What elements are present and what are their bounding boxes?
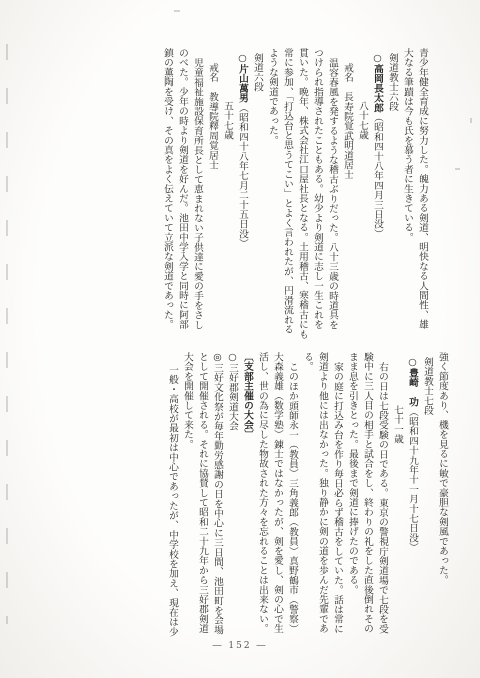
text-segment: 大なる筆蹟は今も氏を慕う者に生きている。	[402, 48, 413, 242]
text-segment: このほか頭師永一（教員）三角義郎（教員）真野鶴市（警察）	[287, 362, 298, 634]
text-segment: 児童福祉施設保育所長として恵まれない子供達に愛の手をさし	[192, 58, 203, 330]
text-column: 鎮の薫陶を受け、その真をよく伝えていて立派な剣道であった。	[160, 48, 175, 350]
person-name: 高岡長太郎	[372, 64, 383, 113]
scanned-page: 青少年健全育成に努力した。魄力ある剣道、明快なる人間性、雄大なる筆蹟は今も氏を慕…	[0, 0, 480, 678]
text-column: 右の日は七段受験の日である。東京の警視庁剣道場で七段を受	[375, 352, 390, 648]
text-segment: 青少年健全育成に努力した。魄力ある剣道、明快なる人間性、雄	[417, 48, 428, 329]
text-segment: 剣道教士七段	[422, 357, 433, 415]
scan-edge-artifact	[6, 44, 8, 624]
text-column: 大なる筆蹟は今も氏を慕う者に生きている。	[400, 48, 415, 350]
text-column: まま息を引きとった。最後まで剣道に捧げたのである。	[345, 352, 360, 648]
text-segment: つけられ指導されたこともある。幼少より剣道に志し一生これを	[312, 48, 323, 329]
text-segment: 右の日は七段受験の日である。東京の警視庁剣道場で七段を受	[377, 362, 388, 634]
person-name: 〔支部主催の大会〕	[242, 352, 253, 439]
text-column: として開催される。それに協賛して昭和二十九年から三好郡剣道	[195, 352, 210, 648]
text-segment: まま息を引きとった。最後まで剣道に捧げたのである。	[347, 352, 358, 595]
text-column: 戒名 教導院釋周覚居士	[205, 48, 220, 350]
text-segment: 鎮の薫陶を受け、その真をよく伝えていて立派な剣道であった。	[162, 48, 173, 329]
person-name: 豊崎 功	[407, 368, 418, 407]
text-column: 剣道六段	[250, 48, 265, 350]
person-name: 片山萬男	[237, 64, 248, 103]
text-column: ◎三好文化祭が毎年勤労感謝の日を中心に三日間、池田町を会場	[210, 352, 225, 648]
text-segment: 剣道より他には出なかった。独り静かに剣の道を歩んだ先輩であ	[317, 352, 328, 633]
text-column: ○三好郡剣道大会	[225, 352, 240, 648]
scan-speck	[470, 118, 472, 123]
text-column: 大会を開催して来た。	[180, 352, 195, 648]
text-column: 剣道教士七段	[420, 352, 435, 648]
text-segment: 強く節度あり、機を見るに敏で豪胆な剣風であった。	[437, 352, 448, 585]
text-column: 一般・高校が最初は中心であったが、中学校を加え、現在は少	[165, 352, 180, 648]
text-column: 大森義雄（数学塾）錬士ではなかったが、剣を愛し、剣の心で生	[270, 352, 285, 648]
text-column: 剣道教士六段	[385, 48, 400, 350]
text-column: ような剣道であった。	[265, 48, 280, 350]
text-segment: ○	[407, 357, 418, 368]
text-segment: ○三好郡剣道大会	[227, 352, 238, 431]
bottom-text-register: 強く節度あり、機を見るに敏で豪胆な剣風であった。剣道教士七段○豊崎 功（昭和四十…	[165, 352, 450, 648]
text-column: 八十七歳	[355, 48, 370, 350]
top-text-register: 青少年健全育成に努力した。魄力ある剣道、明快なる人間性、雄大なる筆蹟は今も氏を慕…	[160, 48, 430, 350]
text-segment: 戒名 教導院釋周覚居士	[207, 63, 218, 170]
text-segment: （昭和四十八年四月三日没）	[372, 112, 383, 238]
text-segment: 大会を開催して来た。	[182, 352, 193, 449]
text-segment: 七十一歳	[392, 405, 403, 444]
text-column: 温容春風を発するような稽古ぶりだった。八十三歳の時道具を	[325, 48, 340, 350]
text-segment: 八十七歳	[357, 101, 368, 140]
text-column: 貫いた。晩年、株式会社江口屋社長となる。土用稽古、寒稽古にも	[295, 48, 310, 350]
scan-speck	[455, 168, 460, 170]
text-segment: （昭和四十九年十一月十七日没）	[407, 407, 418, 553]
text-column: 活し、世の為に尽した物故された方々を忘れることは出来ない。	[255, 352, 270, 648]
text-column: 験中に三人目の相手と試合をし、終わりの礼をした直後倒れその	[360, 352, 375, 648]
text-column: ○高岡長太郎（昭和四十八年四月三日没）	[370, 48, 385, 350]
text-segment: 家の庭に打込み台を作り毎日必らず稽古をしていた。話は常に	[332, 362, 343, 634]
text-segment: ○	[237, 53, 248, 64]
text-segment: ○	[372, 53, 383, 64]
text-column: のべた。少年の時より剣道を好んだ。池田中学入学と同時に阿部	[175, 48, 190, 350]
text-segment: （昭和四十八年七月二十五日没）	[237, 103, 248, 249]
text-segment: 一般・高校が最初は中心であったが、中学校を加え、現在は少	[167, 365, 178, 637]
text-segment: 温容春風を発するような稽古ぶりだった。八十三歳の時道具を	[327, 58, 338, 330]
text-column: 強く節度あり、機を見るに敏で豪胆な剣風であった。	[435, 352, 450, 648]
text-segment: ような剣道であった。	[267, 48, 278, 145]
text-segment: として開催される。それに協賛して昭和二十九年から三好郡剣道	[197, 352, 208, 633]
text-segment: 大森義雄（数学塾）錬士ではなかったが、剣を愛し、剣の心で生	[272, 352, 283, 633]
text-column: 児童福祉施設保育所長として恵まれない子供達に愛の手をさし	[190, 48, 205, 350]
text-segment: 活し、世の為に尽した物故された方々を忘れることは出来ない。	[257, 352, 268, 633]
text-segment: 剣道教士六段	[387, 53, 398, 111]
text-segment: 五十七歳	[222, 101, 233, 140]
text-column: つけられ指導されたこともある。幼少より剣道に志し一生これを	[310, 48, 325, 350]
text-column: 剣道より他には出なかった。独り静かに剣の道を歩んだ先輩であ	[315, 352, 330, 648]
text-segment: 貫いた。晩年、株式会社江口屋社長となる。土用稽古、寒稽古にも	[297, 48, 308, 339]
text-column: このほか頭師永一（教員）三角義郎（教員）真野鶴市（警察）	[285, 352, 300, 648]
text-column: 〔支部主催の大会〕	[240, 352, 255, 648]
text-segment: る。	[302, 352, 313, 371]
page-number: ― 152 ―	[0, 641, 480, 651]
text-column: 戒名 長寿院覚武明道居士	[340, 48, 355, 350]
text-segment: 験中に三人目の相手と試合をし、終わりの礼をした直後倒れその	[362, 352, 373, 633]
text-column: 常に参加、「打込台と思うてこい」とよく言われたが、円滑流れる	[280, 48, 295, 350]
text-column: 家の庭に打込み台を作り毎日必らず稽古をしていた。話は常に	[330, 352, 345, 648]
text-column: 青少年健全育成に努力した。魄力ある剣道、明快なる人間性、雄	[415, 48, 430, 350]
text-segment: のべた。少年の時より剣道を好んだ。池田中学入学と同時に阿部	[177, 48, 188, 329]
text-segment: ◎三好文化祭が毎年勤労感謝の日を中心に三日間、池田町を会場	[212, 352, 223, 635]
text-column: 七十一歳	[390, 352, 405, 648]
text-column: ○豊崎 功（昭和四十九年十一月十七日没）	[405, 352, 420, 648]
scan-speck	[174, 10, 180, 12]
text-column: ○片山萬男（昭和四十八年七月二十五日没）	[235, 48, 250, 350]
text-column: る。	[300, 352, 315, 648]
text-segment: 戒名 長寿院覚武明道居士	[342, 63, 353, 179]
text-segment: 剣道六段	[252, 53, 263, 92]
text-column: 五十七歳	[220, 48, 235, 350]
text-segment: 常に参加、「打込台と思うてこい」とよく言われたが、円滑流れる	[282, 48, 293, 334]
